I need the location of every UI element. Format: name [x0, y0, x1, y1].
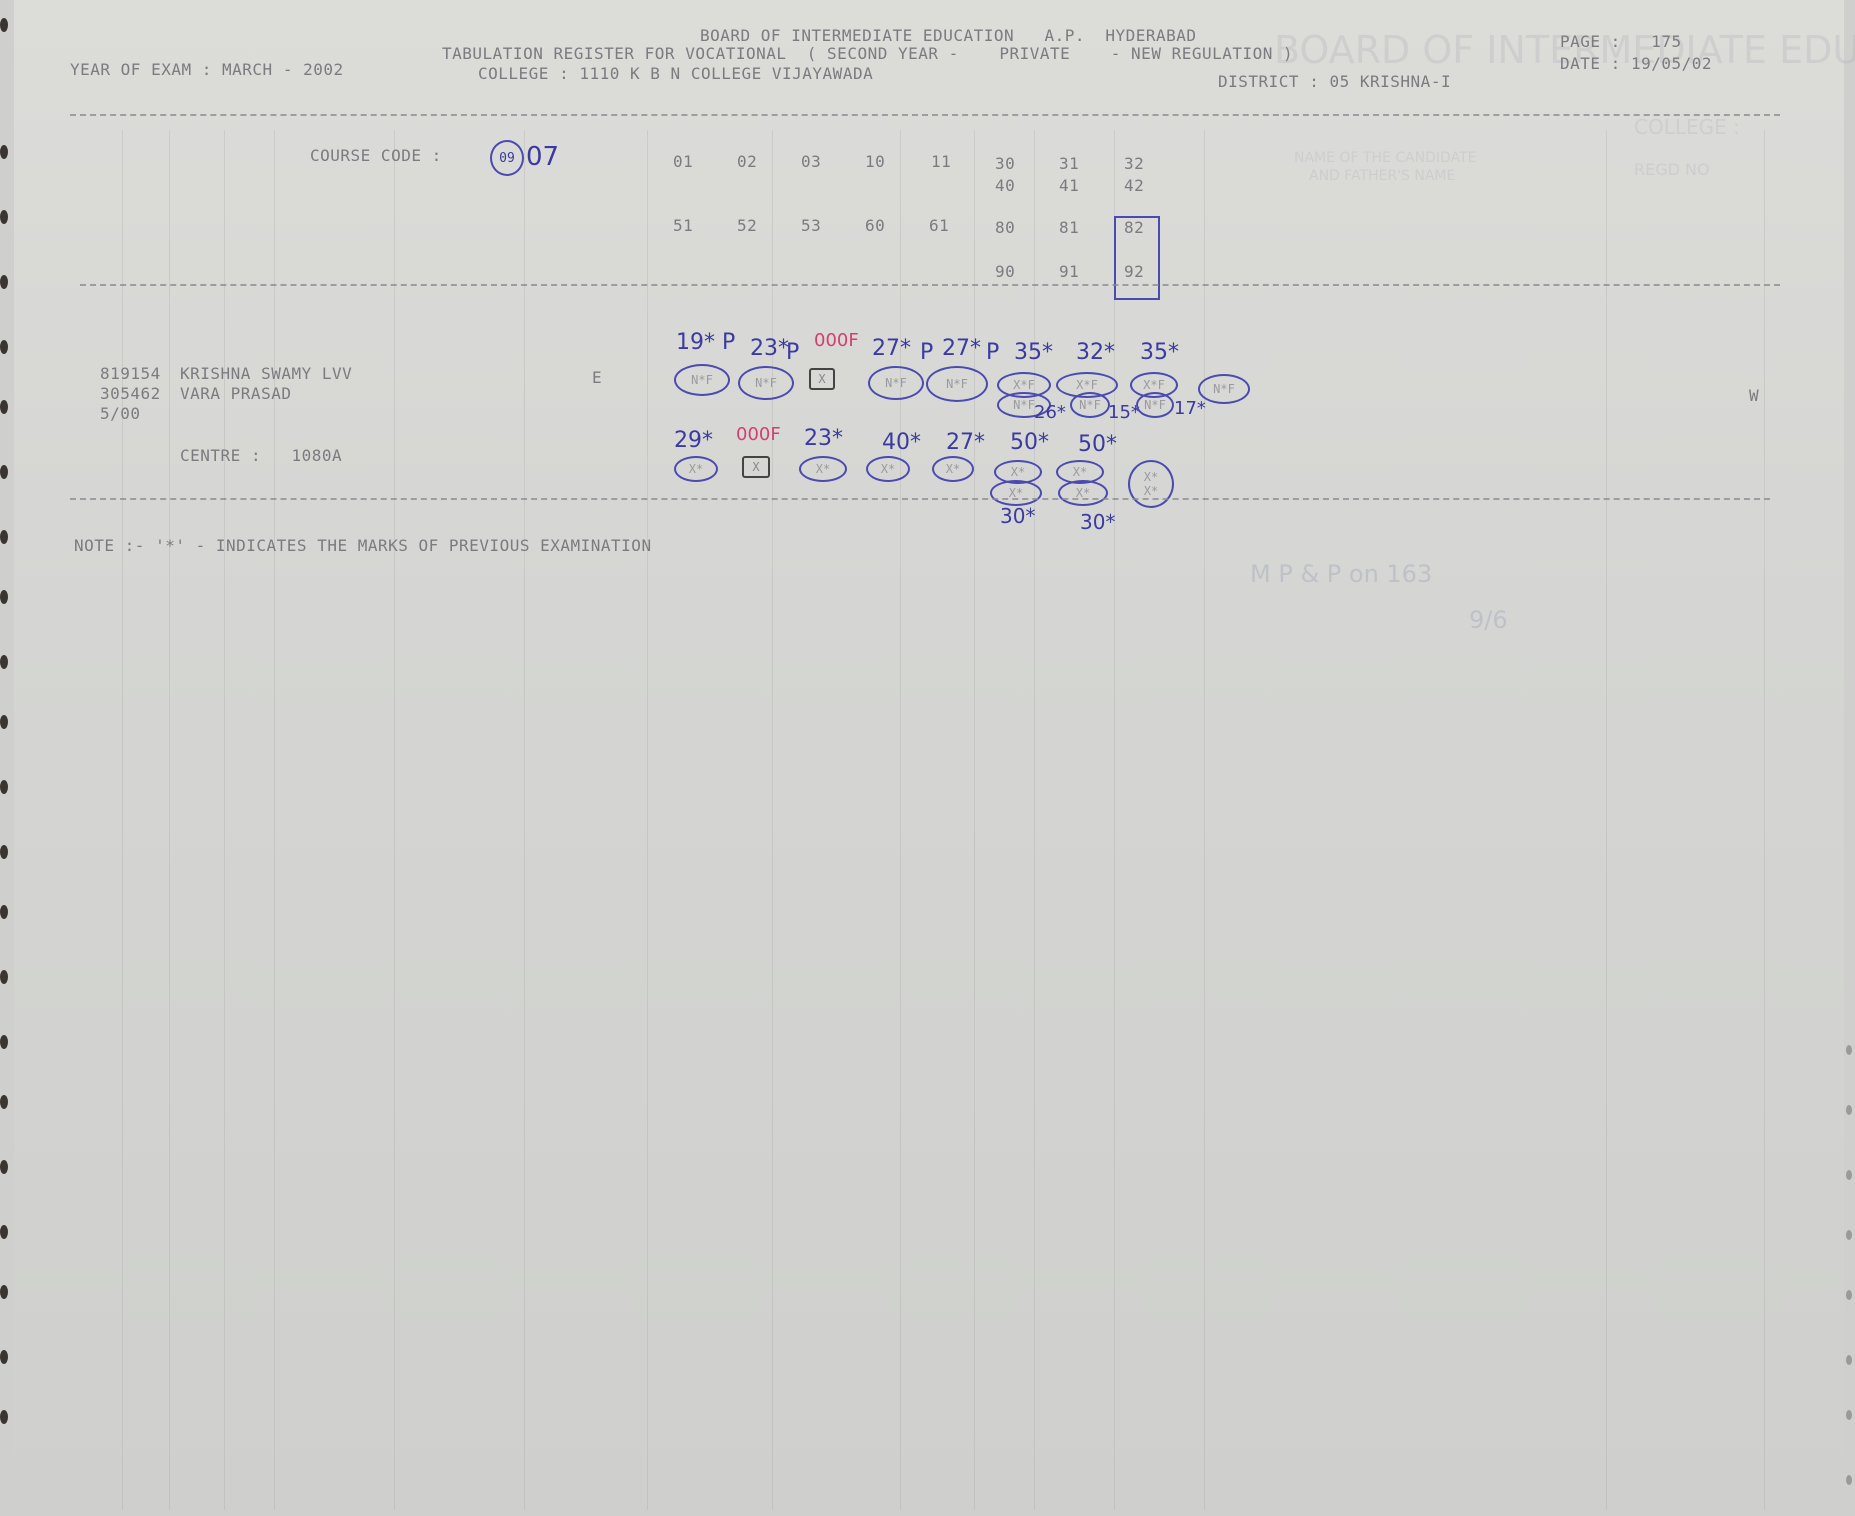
circled-mark: X*: [799, 456, 847, 482]
year-of-exam: YEAR OF EXAM : MARCH - 2002: [70, 60, 344, 79]
column-rule: [1764, 130, 1765, 1510]
handwritten-mark: 27*: [946, 430, 985, 455]
subject-code: 11: [931, 152, 951, 171]
circled-mark: N*F: [738, 366, 794, 400]
board-state: A.P.: [1045, 26, 1086, 45]
regulation: - NEW REGULATION ): [1111, 44, 1293, 63]
divider: [70, 114, 1780, 116]
district-value: 05 KRISHNA-I: [1329, 72, 1451, 91]
handwritten-mark: 19*: [676, 330, 715, 355]
centre-value: 1080A: [291, 446, 342, 465]
subject-code: 41: [1059, 176, 1079, 195]
column-rule: [1034, 130, 1035, 1510]
subject-code: 61: [929, 216, 949, 235]
subject-code: 01: [673, 152, 693, 171]
centre: CENTRE : 1080A: [180, 446, 342, 465]
handwritten-mark: 40*: [882, 430, 921, 455]
page-value: 175: [1651, 32, 1681, 51]
footnote: NOTE :- '*' - INDICATES THE MARKS OF PRE…: [74, 536, 652, 555]
register-type: TABULATION REGISTER FOR VOCATIONAL: [442, 44, 787, 63]
circled-mark: N*F: [1198, 374, 1250, 404]
subject-code: 42: [1124, 176, 1144, 195]
circled-mark: X*: [674, 456, 718, 482]
register-title: TABULATION REGISTER FOR VOCATIONAL ( SEC…: [442, 44, 1293, 63]
handwritten-mark: 50*: [1010, 430, 1049, 455]
handwritten-mark: 30*: [1080, 510, 1115, 534]
subject-code: 51: [673, 216, 693, 235]
circled-mark: N*F: [1070, 392, 1110, 418]
year-of-exam-label: YEAR OF EXAM: [70, 60, 192, 79]
print-date: DATE : 19/05/02: [1560, 54, 1712, 73]
handwritten-pass-mark: P: [786, 340, 799, 365]
subject-code: 30: [995, 154, 1015, 173]
handwritten-mark: 35*: [1140, 340, 1179, 365]
divider: [70, 498, 1770, 500]
subject-code: 03: [801, 152, 821, 171]
subject-code: 91: [1059, 262, 1079, 281]
subject-code: 10: [865, 152, 885, 171]
handwritten-mark: 23*: [804, 426, 843, 451]
column-rule: [1204, 130, 1205, 1510]
circled-mark: X*: [866, 456, 910, 482]
circled-mark: X*: [1058, 480, 1108, 506]
candidate-name: KRISHNA SWAMY LVV: [180, 364, 352, 383]
column-rule: [274, 130, 275, 1510]
year-type: ( SECOND YEAR -: [807, 44, 959, 63]
handwritten-mark: 50*: [1078, 432, 1117, 457]
column-rule: [647, 130, 648, 1510]
column-rule: [1606, 130, 1607, 1510]
ghost-text: AND FATHER'S NAME: [1309, 168, 1455, 184]
page-number: PAGE : 175: [1560, 32, 1682, 51]
subject-code: 52: [737, 216, 757, 235]
year-of-exam-value: MARCH - 2002: [222, 60, 344, 79]
subject-code: 53: [801, 216, 821, 235]
separator: :: [1611, 32, 1621, 51]
subject-code: 81: [1059, 218, 1079, 237]
course-code-circled: 09: [490, 140, 524, 176]
college-value: 1110 K B N COLLEGE VIJAYAWADA: [579, 64, 873, 83]
divider: [80, 284, 1780, 286]
candidate-type: PRIVATE: [999, 44, 1070, 63]
board-city: HYDERABAD: [1105, 26, 1196, 45]
page-label: PAGE: [1560, 32, 1601, 51]
medium-code: E: [592, 368, 602, 387]
subject-code: 31: [1059, 154, 1079, 173]
separator: :: [1611, 54, 1621, 73]
circled-mark: N*F: [926, 366, 988, 402]
father-name: VARA PRASAD: [180, 384, 291, 403]
tabulation-sheet: BOARD OF INTERMEDIATE EDUCATION COLLEGE …: [14, 0, 1844, 1510]
column-rule: [394, 130, 395, 1510]
registration-number: 305462: [100, 384, 161, 403]
circled-mark: N*F: [674, 364, 730, 396]
date-label: DATE: [1560, 54, 1601, 73]
handwritten-mark: 27*: [942, 336, 981, 361]
district-line: DISTRICT : 05 KRISHNA-I: [1218, 72, 1451, 91]
column-rule: [1114, 130, 1115, 1510]
handwritten-mark: 26*: [1034, 402, 1066, 423]
column-rule: [122, 130, 123, 1510]
course-code-handwritten: 07: [526, 142, 559, 172]
handwritten-pass-mark: P: [722, 330, 735, 355]
board-title: BOARD OF INTERMEDIATE EDUCATION A.P. HYD…: [700, 26, 1197, 45]
centre-label: CENTRE: [180, 446, 241, 465]
roll-number: 819154: [100, 364, 161, 383]
pencil-annotation: 9/6: [1469, 606, 1508, 634]
handwritten-fail-mark: 000F: [814, 330, 859, 351]
circled-mark: X*: [1144, 470, 1158, 484]
handwritten-box-mark: [1114, 216, 1160, 300]
college-label: COLLEGE: [478, 64, 549, 83]
handwritten-mark: 23*: [750, 336, 789, 361]
boxed-mark: X: [742, 456, 770, 478]
handwritten-pass-mark: P: [986, 340, 999, 365]
month-year: 5/00: [100, 404, 141, 423]
handwritten-mark: 29*: [674, 428, 713, 453]
handwritten-mark: 17*: [1174, 398, 1206, 419]
separator: :: [1309, 72, 1319, 91]
ghost-text: COLLEGE :: [1634, 115, 1740, 139]
column-rule: [169, 130, 170, 1510]
handwritten-pass-mark: P: [920, 340, 933, 365]
handwritten-mark: 27*: [872, 336, 911, 361]
college-line: COLLEGE : 1110 K B N COLLEGE VIJAYAWADA: [478, 64, 873, 83]
circled-mark: X*: [932, 456, 974, 482]
circled-mark: N*F: [1136, 392, 1174, 418]
separator: :: [432, 146, 442, 165]
course-label: COURSE CODE: [310, 146, 421, 165]
separator: :: [559, 64, 569, 83]
pencil-annotation: M P & P on 163: [1250, 560, 1432, 588]
subject-code: 40: [995, 176, 1015, 195]
subject-code: 02: [737, 152, 757, 171]
handwritten-fail-mark: 000F: [736, 424, 781, 445]
column-rule: [224, 130, 225, 1510]
boxed-mark: X: [809, 368, 835, 390]
course-code-label: COURSE CODE :: [310, 146, 442, 165]
subject-code: 60: [865, 216, 885, 235]
circled-mark: X*: [990, 480, 1042, 506]
handwritten-mark: 32*: [1076, 340, 1115, 365]
circled-mark: N*F: [868, 366, 924, 400]
ghost-text: REGD NO: [1634, 160, 1710, 179]
separator: :: [202, 60, 212, 79]
subject-code: 90: [995, 262, 1015, 281]
ghost-text: NAME OF THE CANDIDATE: [1294, 150, 1476, 166]
subject-code: 32: [1124, 154, 1144, 173]
circled-mark: X*: [1144, 484, 1158, 498]
column-rule: [524, 130, 525, 1510]
handwritten-mark: 30*: [1000, 504, 1035, 528]
handwritten-mark: 35*: [1014, 340, 1053, 365]
date-value: 19/05/02: [1631, 54, 1712, 73]
board-name: BOARD OF INTERMEDIATE EDUCATION: [700, 26, 1014, 45]
separator: :: [251, 446, 261, 465]
circled-mark-pair: X* X*: [1128, 460, 1174, 508]
district-label: DISTRICT: [1218, 72, 1299, 91]
subject-code: 80: [995, 218, 1015, 237]
result-marker: W: [1749, 386, 1759, 405]
